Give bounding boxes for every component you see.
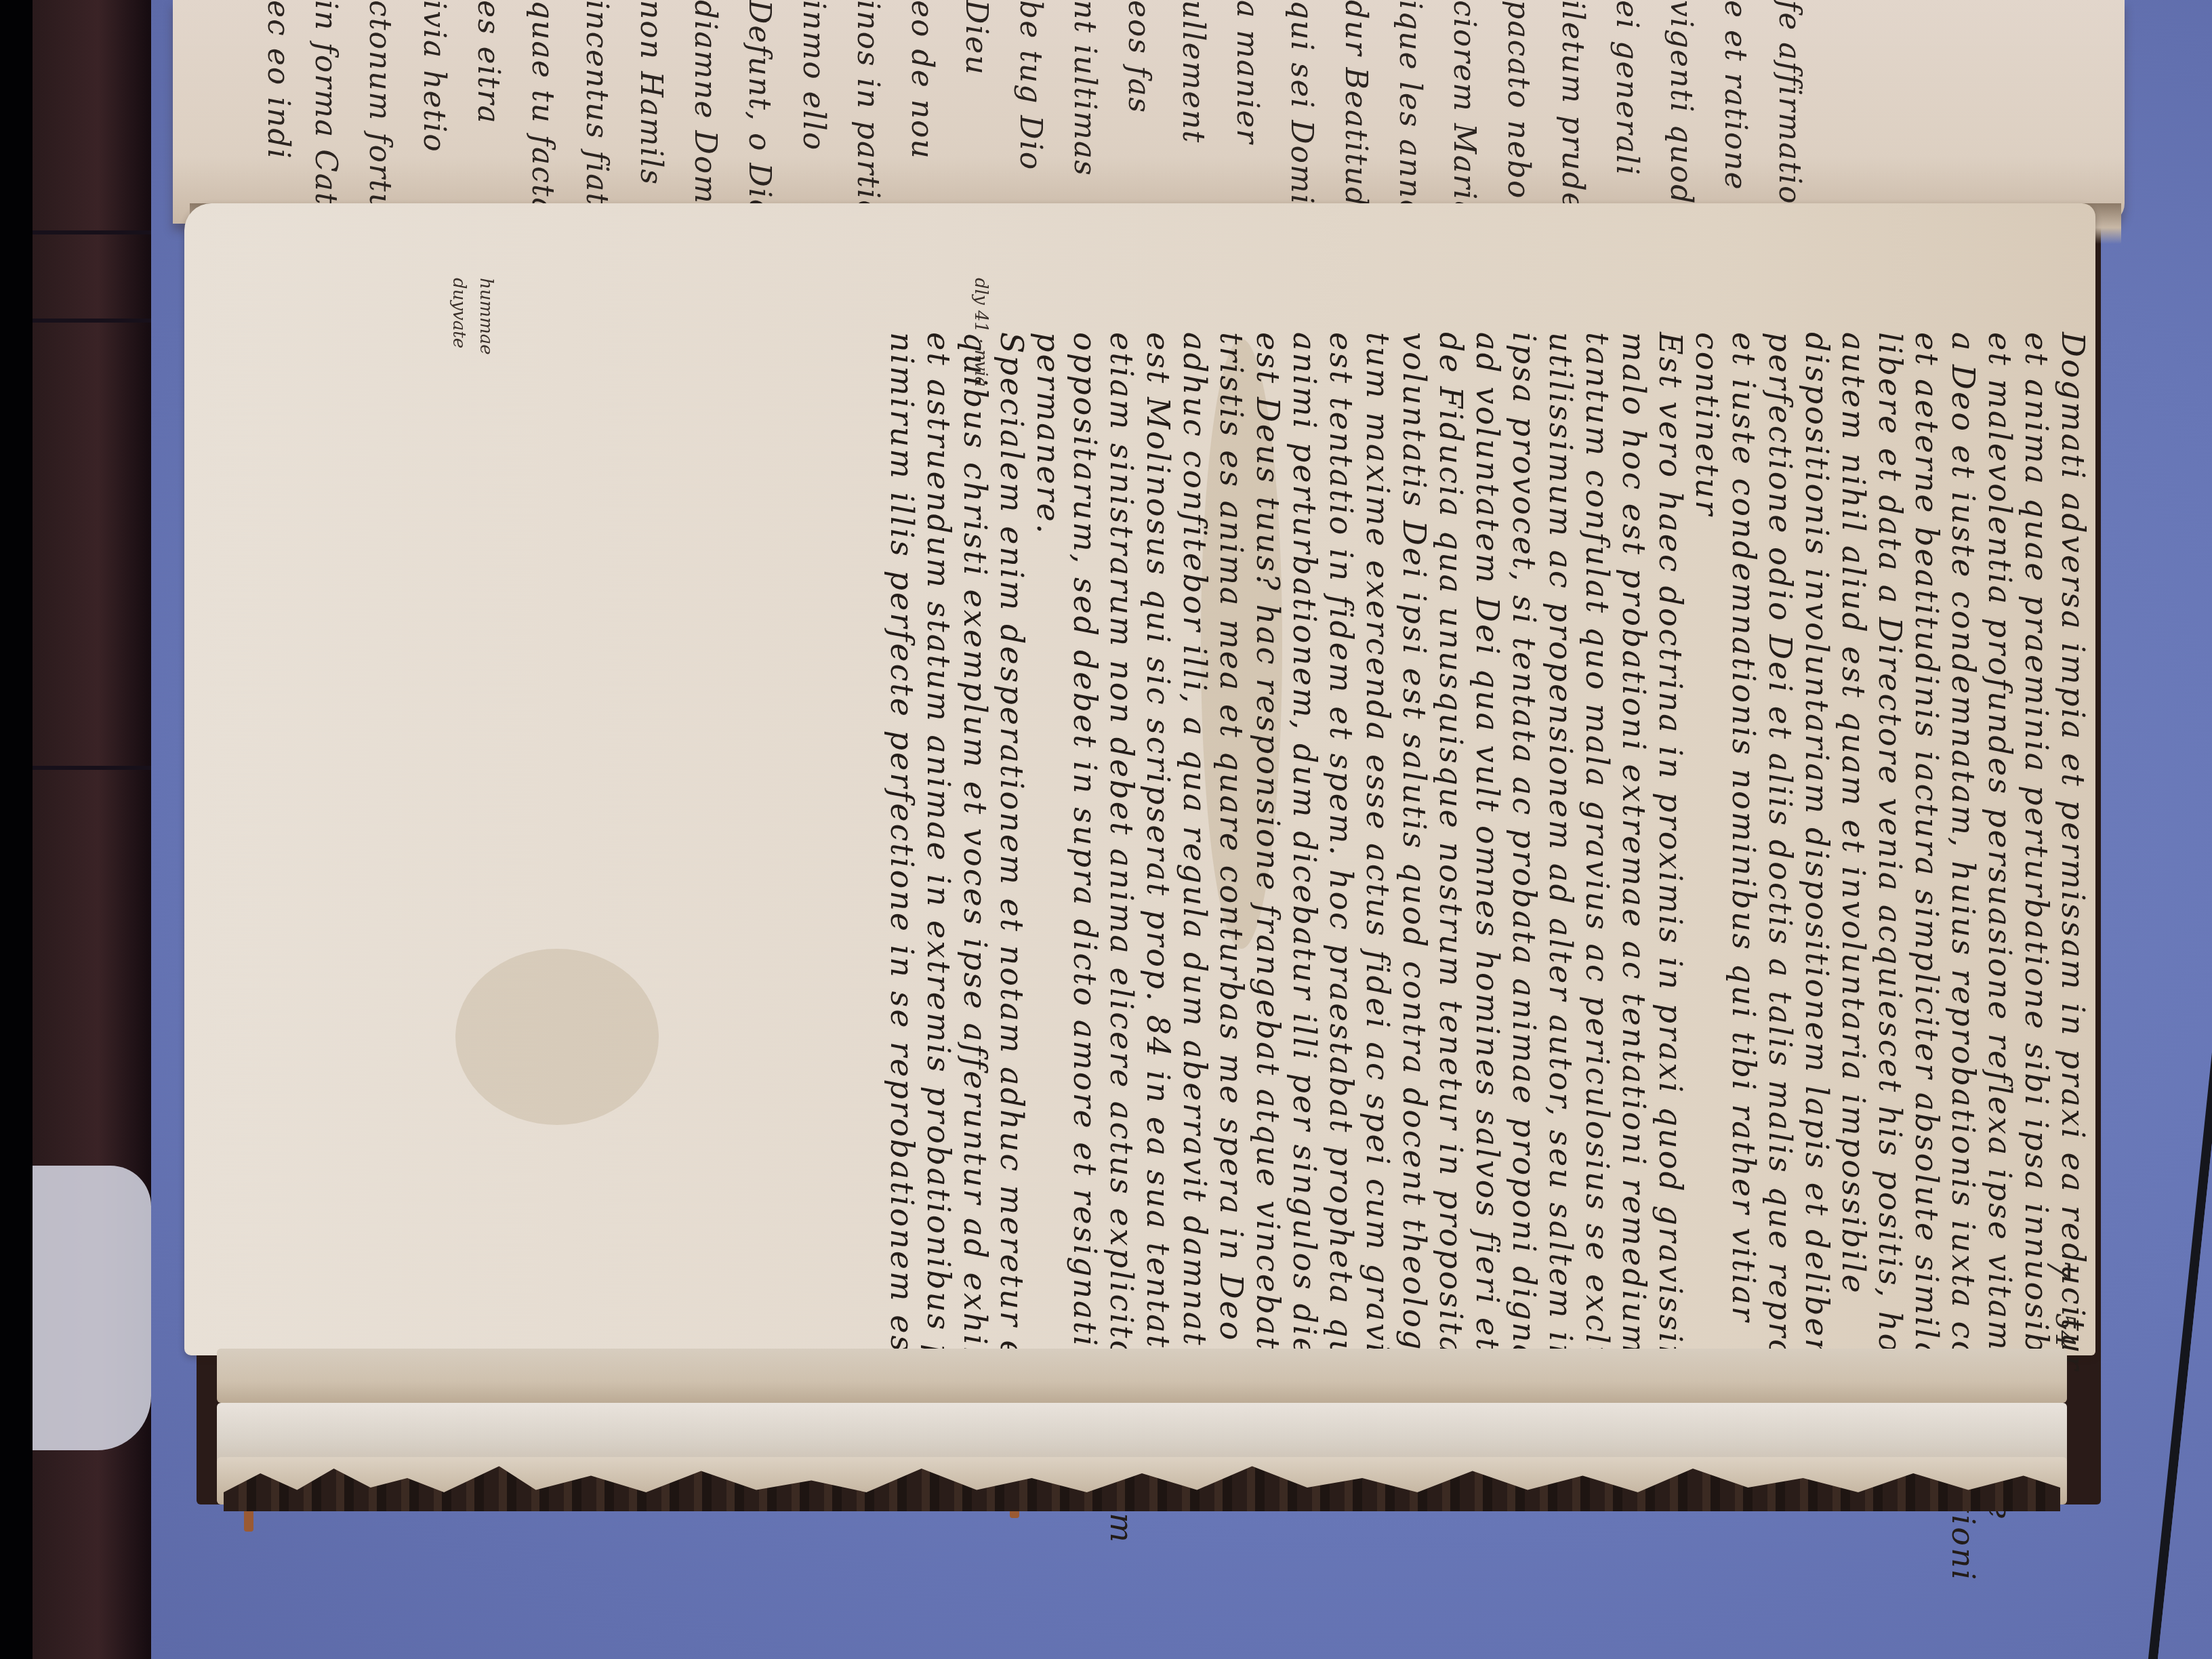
manuscript-line: e et ratione: [1718, 0, 1753, 191]
manuscript-line: eos fas: [1122, 0, 1156, 114]
manuscript-line: adhuc confitebor illi, a qua regula dum …: [1176, 332, 1213, 1387]
manuscript-line: Est vero haec doctrina in proximis in pr…: [1652, 332, 1689, 1397]
binding-seam: [33, 230, 151, 234]
manuscript-line: incentus fiat: [579, 0, 614, 206]
manuscript-line: ivia hetio: [417, 0, 451, 153]
manuscript-line: ipsa provocet, si tentata ac probata ani…: [1506, 332, 1542, 1365]
manuscript-line: et anima quae praeminia perturbatione si…: [2018, 332, 2055, 1409]
folio-number: 54: [2049, 1313, 2081, 1348]
manuscript-line: perfectione odio Dei et aliis doctis a t…: [1762, 332, 1799, 1502]
paper-stain: [455, 949, 659, 1125]
binding-seam: [33, 319, 151, 323]
manuscript-line: utilissimum ac propensionem ad alter aut…: [1542, 332, 1579, 1425]
manuscript-line: nimirum illis perfecte perfectione in se…: [884, 332, 920, 1392]
manuscript-line: ullement: [1176, 0, 1210, 144]
margin-note: duyvate: [449, 278, 469, 348]
manuscript-line: ad voluntatem Dei qua vult omnes homines…: [1469, 332, 1506, 1353]
manuscript-line: dispositionis involuntariam dispositione…: [1799, 332, 1835, 1423]
manuscript-line: nt iultimas: [1067, 0, 1102, 177]
manuscript-line: es eitra: [471, 0, 506, 125]
manuscript-line: non Hamils: [634, 0, 668, 186]
manuscript-line: Dogmati adversa impia et permissam in pr…: [2055, 332, 2091, 1372]
manuscript-line: Specialem enim desperationem et notam ad…: [994, 332, 1030, 1469]
manuscript-line: tantum confulat quo mala gravius ac peri…: [1579, 332, 1616, 1425]
manuscript-line: et malevolentia profundes persuasione re…: [1982, 332, 2018, 1521]
manuscript-line: tristis es anima mea et quare conturbas …: [1213, 332, 1250, 1505]
manuscript-line: et iuste condemnationis nominibus qui ti…: [1725, 332, 1762, 1324]
manuscript-line: Defunt, o Dio: [742, 0, 777, 218]
manuscript-line: a manier: [1230, 0, 1265, 145]
manuscript-line: permanere.: [1030, 332, 1067, 535]
frame-edge: [0, 0, 33, 1659]
photo-scene: ec eo indi in forma Catholicae ctonum fo…: [0, 0, 2212, 1659]
manuscript-line: est tentatio in fidem et spem. hoc praes…: [1323, 332, 1359, 1374]
manuscript-line: continetur: [1689, 332, 1725, 517]
manuscript-line: est Molinosus qui sic scripserat prop. 8…: [1140, 332, 1176, 1458]
manuscript-line: est Deus tuus? hac responsione frangebat…: [1250, 332, 1286, 1477]
manuscript-line: pacato nebo: [1501, 0, 1536, 199]
manuscript-line: eo de nou: [905, 0, 939, 160]
manuscript-line: animi perturbationem, dum dicebatur illi…: [1286, 332, 1323, 1444]
manuscript-line: et aeterne beatitudinis iactura simplici…: [1908, 332, 1945, 1405]
manuscript-line: fe affirmatio: [1772, 0, 1807, 205]
manuscript-line: ei generali: [1610, 0, 1644, 176]
page-number: 7: [2040, 1258, 2076, 1278]
manuscript-line: de Fiducia qua unusquisque nostrum tenet…: [1433, 332, 1469, 1482]
manuscript-line: autem nihil aliud est quam et involuntar…: [1835, 332, 1872, 1295]
cable: [2108, 880, 2212, 1659]
manuscript-line: et astruendum statum animae in extremis …: [920, 332, 957, 1473]
manuscript-line: libere et data a Directore venia acquies…: [1872, 332, 1908, 1374]
manuscript-line: voluntatis Dei ipsi est salutis quod con…: [1396, 332, 1433, 1364]
manuscript-line: inmo ello: [796, 0, 831, 151]
manuscript-line: tum maxime exercenda esse actus fidei ac…: [1359, 332, 1396, 1373]
main-page: dly 41 · nvia hummae duyvate Dogmati adv…: [184, 203, 2095, 1355]
manuscript-line: Dieu: [959, 0, 994, 76]
upper-page: ec eo indi in forma Catholicae ctonum fo…: [173, 0, 2125, 224]
manuscript-line: oppositarum, sed debet in supra dicto am…: [1067, 332, 1103, 1411]
binding-seam: [33, 766, 151, 770]
cloth-fold: [33, 1166, 151, 1450]
manuscript-line: diamne Dom: [688, 0, 722, 205]
manuscript-line: quibus christi exemplum et voces ipse af…: [957, 332, 994, 1487]
manuscript-line: ique les anno: [1393, 0, 1427, 219]
manuscript-line: ec eo indi: [261, 0, 295, 160]
manuscript-line: dur Beatitude: [1338, 0, 1373, 226]
page-edges: [217, 1403, 2067, 1464]
page-edges: [217, 1349, 2067, 1403]
manuscript-line: malo hoc est probationi extremae ac tent…: [1616, 332, 1652, 1433]
margin-note: hummae: [476, 278, 496, 355]
manuscript-line: be tug Dio: [1013, 0, 1048, 171]
manuscript-line: vigenti quod: [1664, 0, 1698, 205]
